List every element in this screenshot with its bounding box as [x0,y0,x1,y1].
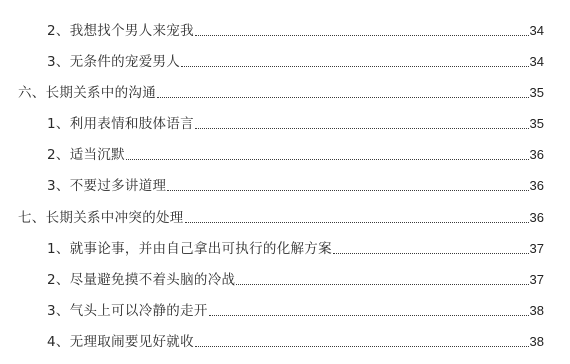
dot-leader [333,252,529,254]
toc-entry-title: 3、气头上可以冷静的走开 [47,302,208,320]
toc-entry[interactable]: 1、就事论事，并由自己拿出可执行的化解方案 37 [47,236,544,258]
toc-section-heading[interactable]: 七、长期关系中冲突的处理 36 [18,205,544,227]
dot-leader [181,65,528,67]
dot-leader [126,158,529,160]
toc-entry-title: 3、不要过多讲道理 [47,177,166,195]
toc-entry-page: 37 [530,271,544,289]
toc-entry[interactable]: 3、气头上可以冷静的走开 38 [47,298,544,320]
toc-entry-title: 2、尽量避免摸不着头脑的冷战 [47,271,235,289]
toc-entry-page: 37 [530,240,544,258]
toc-entry-page: 34 [530,53,544,71]
toc-entry-page: 34 [530,22,544,40]
dot-leader [236,283,528,285]
toc-entry[interactable]: 1、利用表情和肢体语言 35 [47,111,544,133]
toc-entry-page: 38 [530,333,544,351]
toc-entry[interactable]: 2、适当沉默 36 [47,142,544,164]
dot-leader [167,189,528,191]
toc-entry[interactable]: 3、无条件的宠爱男人 34 [47,49,544,71]
toc-entry-page: 35 [530,84,544,102]
toc-entry-title: 2、适当沉默 [47,146,125,164]
toc-entry-title: 1、就事论事，并由自己拿出可执行的化解方案 [47,240,332,258]
dot-leader [195,127,529,129]
toc-entry-page: 36 [530,209,544,227]
toc-entry-title: 2、我想找个男人来宠我 [47,22,194,40]
toc-entry-title: 1、利用表情和肢体语言 [47,115,194,133]
toc-entry-title: 七、长期关系中冲突的处理 [18,209,184,227]
dot-leader [185,221,529,223]
toc-entry-page: 38 [530,302,544,320]
dot-leader [209,314,529,316]
dot-leader [157,96,529,98]
toc-entry-title: 六、长期关系中的沟通 [18,84,156,102]
toc-entry-page: 36 [530,177,544,195]
toc-entry-page: 36 [530,146,544,164]
toc-entry[interactable]: 2、尽量避免摸不着头脑的冷战 37 [47,267,544,289]
toc-section-heading[interactable]: 六、长期关系中的沟通 35 [18,80,544,102]
toc-entry-page: 35 [530,115,544,133]
dot-leader [195,34,529,36]
toc-entry[interactable]: 4、无理取闹要见好就收 38 [47,329,544,351]
toc-entry[interactable]: 3、不要过多讲道理 36 [47,173,544,195]
toc-entry-title: 4、无理取闹要见好就收 [47,333,194,351]
toc-entry[interactable]: 2、我想找个男人来宠我 34 [47,18,544,40]
dot-leader [195,345,529,347]
toc-entry-title: 3、无条件的宠爱男人 [47,53,180,71]
